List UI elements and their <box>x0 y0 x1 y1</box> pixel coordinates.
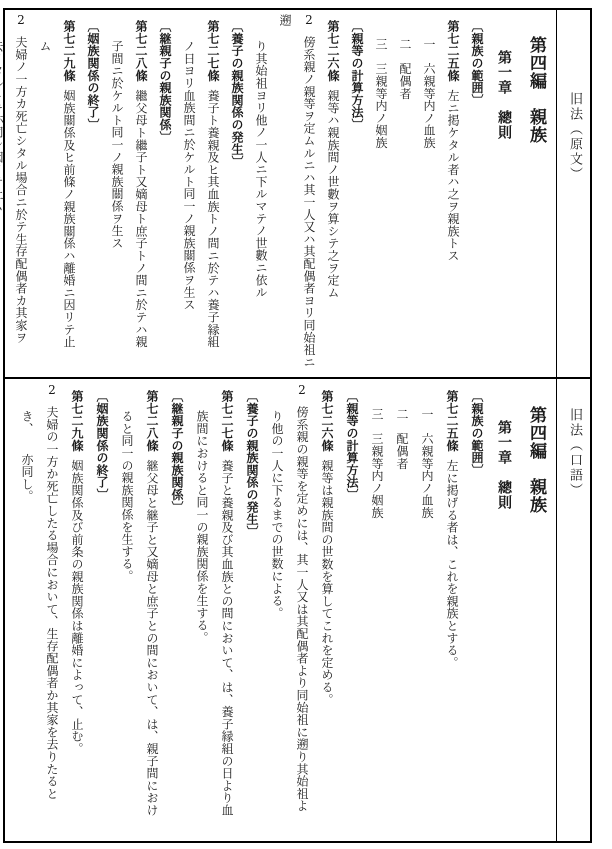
text-column-article: 第七二五條左に掲げる者は、これを親族とする。 <box>439 382 464 839</box>
section-colloquial: 第四編 親族第一章 總則〔親族の範囲〕第七二五條左に掲げる者は、これを親族とする… <box>8 382 553 839</box>
text-column-cont: ノ日ヨリ血族間ニ於ケルト同一ノ親族關係ヲ生ス <box>177 12 201 374</box>
text-column-title: 第四編 親族 <box>519 382 553 839</box>
text-column-heading: 〔親等の計算方法〕 <box>345 12 369 374</box>
column-text: 第四編 親族 <box>526 406 546 514</box>
column-text: 〔姻族関係の終了〕 <box>86 20 100 131</box>
column-text: 〔親族の範囲〕 <box>470 20 484 106</box>
text-column-title: 第四編 親族 <box>519 12 553 374</box>
column-text: ム <box>38 40 52 52</box>
column-text: 〔親等の計算方法〕 <box>345 390 359 501</box>
column-text: 〔親等の計算方法〕 <box>350 20 364 131</box>
column-text: 第一章 總則 <box>496 50 512 140</box>
column-text: 左ニ掲ケタル者ハ之ヲ親族トス <box>446 90 460 262</box>
text-column-heading: 〔姻族関係の終了〕 <box>81 12 105 374</box>
edition-column-separator <box>556 8 557 843</box>
text-column-cont: り他の一人に下るまでの世数による。 <box>264 382 289 839</box>
text-column-heading: 〔養子の親族関係の発生〕 <box>225 12 249 374</box>
text-column-heading: 〔親等の計算方法〕 <box>339 382 364 839</box>
text-column-para: 2傍系親の親等を定めには、其一人又は其配偶者より同始祖に遡り其始祖よ <box>289 382 314 839</box>
text-column-cont: ると同一の親族関係を生する。 <box>114 382 139 839</box>
column-text: 〔継親子の親族関係〕 <box>170 390 184 513</box>
paragraph-number: 2 <box>45 384 59 396</box>
text-column-para: 2夫婦ノ一方カ死亡シタル場合ニ於テ生存配偶者カ其家ヲ <box>9 12 33 374</box>
text-column-item: 二 配偶者 <box>393 12 417 374</box>
column-text: 子間ニ於ケルト同一ノ親族關係ヲ生ス <box>110 40 124 249</box>
text-column-heading: 〔養子の親族関係の発生〕 <box>239 382 264 839</box>
column-text: 継父母と継子と又嫡母と庶子との間において、は、親子間におけ <box>145 460 159 817</box>
text-column-heading: 〔姻族関係の終了〕 <box>89 382 114 839</box>
column-text: 族間におけると同一の親族関係を生する。 <box>195 410 209 644</box>
text-column-article: 第七二六條親等ハ親族間ノ世數ヲ算シテ之ヲ定ム <box>321 12 345 374</box>
column-text: 第一章 總則 <box>496 420 512 510</box>
text-column-article: 第七二七條養子と養親及び其血族との間において、は、養子縁組の日より血 <box>214 382 239 839</box>
article-number: 第七二六條 <box>320 390 334 452</box>
article-number: 第七二五條 <box>446 20 460 82</box>
text-column-cont: 子間ニ於ケルト同一ノ親族關係ヲ生ス <box>105 12 129 374</box>
section-original: 第四編 親族第一章 總則〔親族の範囲〕第七二五條左ニ掲ケタル者ハ之ヲ親族トス一 … <box>8 12 553 374</box>
column-text: 去リタルトキ亦同シ因リテ止ム <box>0 40 4 212</box>
column-text: 〔姻族関係の終了〕 <box>95 390 109 501</box>
text-column-heading: 〔継親子の親族関係〕 <box>153 12 177 374</box>
column-text: 傍系親ノ親等ヲ定ムルニハ其一人又ハ其配偶者ヨリ同始祖ニ遡 <box>278 14 316 368</box>
text-column-article: 第七二九條姻族関係及び前条の親族関係は離婚によって、止む。 <box>64 382 89 839</box>
column-text: 〔親族の範囲〕 <box>470 390 484 476</box>
text-column-item: 三 三親等内ノ姻族 <box>364 382 389 839</box>
column-text: 傍系親の親等を定めには、其一人又は其配偶者より同始祖に遡り其始祖よ <box>295 406 309 812</box>
article-number: 第七二六條 <box>326 20 340 82</box>
paragraph-number: 2 <box>302 14 316 26</box>
column-text: 親等は親族間の世数を算してこれを定める。 <box>320 460 334 706</box>
document-page: 旧法（原文） 旧法（口語） 第四編 親族第一章 總則〔親族の範囲〕第七二五條左ニ… <box>0 0 612 849</box>
column-text: 二 配偶者 <box>398 38 412 100</box>
column-text: 第四編 親族 <box>526 36 546 144</box>
column-text: 姻族関係及び前条の親族関係は離婚によって、止む。 <box>70 460 84 755</box>
article-number: 第七二五條 <box>445 390 459 452</box>
article-number: 第七二七條 <box>206 20 220 82</box>
column-text: 一 六親等内ノ血族 <box>422 38 436 149</box>
column-text: 養子ト養親及ヒ其血族トノ間ニ於テハ養子縁組 <box>206 90 220 348</box>
text-column-cont: り其始祖ヨリ他ノ一人ニ下ルマテノ世數ニ依ル <box>249 12 273 374</box>
article-number: 第七二九條 <box>70 390 84 452</box>
column-text: 姻族關係及ヒ前條ノ親族關係ハ離婚ニ因リテ止 <box>62 90 76 348</box>
column-text: 〔継親子の親族関係〕 <box>158 20 172 143</box>
section-divider <box>3 377 592 379</box>
text-column-article: 第七二八條継父母と継子と又嫡母と庶子との間において、は、親子間におけ <box>139 382 164 839</box>
article-number: 第七二八條 <box>134 20 148 82</box>
text-column-item: 二 配偶者 <box>389 382 414 839</box>
column-text: り其始祖ヨリ他ノ一人ニ下ルマテノ世數ニ依ル <box>254 40 268 298</box>
column-text: 〔養子の親族関係の発生〕 <box>245 390 259 538</box>
text-column-article: 第七二八條繼父母ト繼子ト又嫡母ト庶子トノ間ニ於テハ親 <box>129 12 153 374</box>
paragraph-number: 2 <box>14 14 28 26</box>
text-column-item: 一 六親等内ノ血族 <box>414 382 439 839</box>
column-text: 一 六親等内ノ血族 <box>420 408 434 519</box>
column-text: 三 三親等内ノ姻族 <box>370 408 384 519</box>
text-column-para: 2夫婦の一方か死亡したる場合において、生存配偶者か其家を去りたると <box>39 382 64 839</box>
article-number: 第七二八條 <box>145 390 159 452</box>
column-text: 左に掲げる者は、これを親族とする。 <box>445 460 459 669</box>
column-text: 養子と養親及び其血族との間において、は、養子縁組の日より血 <box>220 460 234 817</box>
column-text: 〔養子の親族関係の発生〕 <box>230 20 244 168</box>
column-text: 繼父母ト繼子ト又嫡母ト庶子トノ間ニ於テハ親 <box>134 90 148 348</box>
text-column-heading: 〔親族の範囲〕 <box>464 382 489 839</box>
section-header-original: 旧法（原文） <box>559 10 590 375</box>
section-header-colloquial: 旧法（口語） <box>559 380 590 840</box>
column-text: 二 配偶者 <box>395 408 409 470</box>
text-column-cont: 去リタルトキ亦同シ因リテ止ム <box>0 12 9 374</box>
text-column-heading: 〔親族の範囲〕 <box>465 12 489 374</box>
paragraph-number: 2 <box>295 384 309 396</box>
column-text: ノ日ヨリ血族間ニ於ケルト同一ノ親族關係ヲ生ス <box>182 40 196 311</box>
text-column-cont: ム <box>33 12 57 374</box>
column-text: り他の一人に下るまでの世数による。 <box>270 410 284 619</box>
text-column-para: 2傍系親ノ親等ヲ定ムルニハ其一人又ハ其配偶者ヨリ同始祖ニ遡 <box>273 12 321 374</box>
text-column-cont: き、 亦同し。 <box>14 382 39 839</box>
column-text: 親等ハ親族間ノ世數ヲ算シテ之ヲ定ム <box>326 90 340 299</box>
text-column-article: 第七二九條姻族關係及ヒ前條ノ親族關係ハ離婚ニ因リテ止 <box>57 12 81 374</box>
column-text: 夫婦の一方か死亡したる場合において、生存配偶者か其家を去りたると <box>45 406 59 800</box>
article-number: 第七二七條 <box>220 390 234 452</box>
text-column-article: 第七二六條親等は親族間の世数を算してこれを定める。 <box>314 382 339 839</box>
column-text: ると同一の親族関係を生する。 <box>120 410 134 582</box>
column-text: 夫婦ノ一方カ死亡シタル場合ニ於テ生存配偶者カ其家ヲ <box>14 36 28 344</box>
text-column-item: 一 六親等内ノ血族 <box>417 12 441 374</box>
text-column-cont: 族間におけると同一の親族関係を生する。 <box>189 382 214 839</box>
text-column-chapter: 第一章 總則 <box>489 382 519 839</box>
text-column-article: 第七二五條左ニ掲ケタル者ハ之ヲ親族トス <box>441 12 465 374</box>
text-column-article: 第七二七條養子ト養親及ヒ其血族トノ間ニ於テハ養子縁組 <box>201 12 225 374</box>
text-column-item: 三 三親等内ノ姻族 <box>369 12 393 374</box>
article-number: 第七二九條 <box>62 20 76 82</box>
column-text: 三 三親等内ノ姻族 <box>374 38 388 149</box>
text-column-chapter: 第一章 總則 <box>489 12 519 374</box>
text-column-heading: 〔継親子の親族関係〕 <box>164 382 189 839</box>
column-text: き、 亦同し。 <box>20 410 34 502</box>
